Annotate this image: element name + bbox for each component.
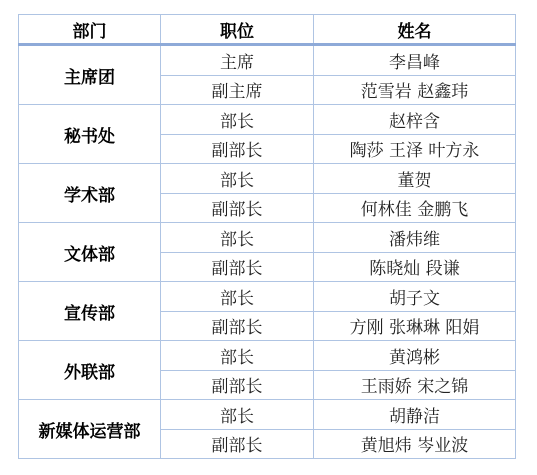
table-row: 宣传部 部长 胡子文 <box>19 282 516 312</box>
table-header: 部门 职位 姓名 <box>19 15 516 45</box>
position-cell: 副部长 <box>161 193 314 223</box>
position-cell: 主席 <box>161 45 314 76</box>
position-cell: 部长 <box>161 164 314 194</box>
names-cell: 王雨娇 宋之锦 <box>314 370 516 400</box>
names-cell: 李昌峰 <box>314 45 516 76</box>
table-row: 新媒体运营部 部长 胡静洁 <box>19 400 516 430</box>
department-cell: 文体部 <box>19 223 161 282</box>
department-cell: 外联部 <box>19 341 161 400</box>
names-cell: 何林佳 金鹏飞 <box>314 193 516 223</box>
position-cell: 副主席 <box>161 75 314 105</box>
table-body: 主席团 主席 李昌峰 副主席 范雪岩 赵鑫玮 秘书处 部长 赵梓含 副部长 陶莎… <box>19 45 516 459</box>
position-cell: 副部长 <box>161 252 314 282</box>
names-cell: 胡子文 <box>314 282 516 312</box>
names-cell: 潘炜维 <box>314 223 516 253</box>
position-cell: 副部长 <box>161 134 314 164</box>
table-row: 学术部 部长 董贺 <box>19 164 516 194</box>
position-cell: 部长 <box>161 223 314 253</box>
header-name: 姓名 <box>314 15 516 45</box>
header-row: 部门 职位 姓名 <box>19 15 516 45</box>
header-position: 职位 <box>161 15 314 45</box>
department-cell: 宣传部 <box>19 282 161 341</box>
names-cell: 胡静洁 <box>314 400 516 430</box>
table-row: 秘书处 部长 赵梓含 <box>19 105 516 135</box>
names-cell: 范雪岩 赵鑫玮 <box>314 75 516 105</box>
names-cell: 方刚 张琳琳 阳娟 <box>314 311 516 341</box>
table-row: 主席团 主席 李昌峰 <box>19 45 516 76</box>
position-cell: 部长 <box>161 400 314 430</box>
names-cell: 董贺 <box>314 164 516 194</box>
names-cell: 赵梓含 <box>314 105 516 135</box>
position-cell: 部长 <box>161 341 314 371</box>
table-row: 文体部 部长 潘炜维 <box>19 223 516 253</box>
position-cell: 副部长 <box>161 370 314 400</box>
department-cell: 学术部 <box>19 164 161 223</box>
department-cell: 新媒体运营部 <box>19 400 161 459</box>
department-cell: 主席团 <box>19 45 161 105</box>
names-cell: 黄旭炜 岑业波 <box>314 429 516 459</box>
position-cell: 副部长 <box>161 429 314 459</box>
header-department: 部门 <box>19 15 161 45</box>
position-cell: 副部长 <box>161 311 314 341</box>
department-cell: 秘书处 <box>19 105 161 164</box>
names-cell: 陈晓灿 段谦 <box>314 252 516 282</box>
names-cell: 陶莎 王泽 叶方永 <box>314 134 516 164</box>
position-cell: 部长 <box>161 105 314 135</box>
names-cell: 黄鸿彬 <box>314 341 516 371</box>
table-row: 外联部 部长 黄鸿彬 <box>19 341 516 371</box>
position-cell: 部长 <box>161 282 314 312</box>
roster-table: 部门 职位 姓名 主席团 主席 李昌峰 副主席 范雪岩 赵鑫玮 秘书处 部长 赵… <box>18 14 516 459</box>
